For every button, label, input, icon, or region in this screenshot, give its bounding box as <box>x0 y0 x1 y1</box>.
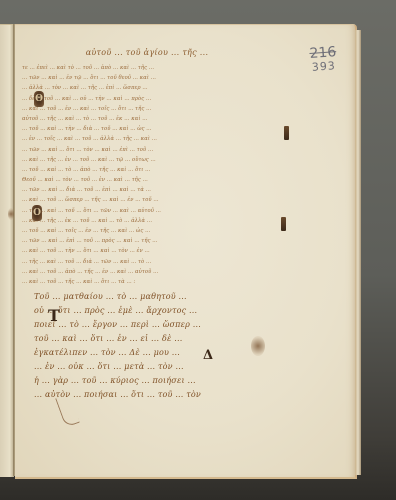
script-line: ἡ ... γὰρ ... τοῦ ... κύριος ... ποιήσει… <box>34 374 272 388</box>
ink-stain <box>8 208 14 220</box>
folio-number-current: 393 <box>310 59 338 74</box>
script-line: τοῦ ... καὶ ... ὅτι ... ἐν ... εἰ ... δὲ… <box>34 332 272 346</box>
script-line: ... καὶ ... τοῦ ... ἐν ... καὶ ... τοῖς … <box>22 104 272 114</box>
script-line: Θεοῦ ... καὶ ... τὸν ... τοῦ ... ἐν ... … <box>22 175 272 185</box>
script-line: ἐγκατέλιπεν ... τὸν ... Δὲ ... μου ... <box>34 346 272 360</box>
script-line: ... ἀλλὰ ... τὸν ... καὶ ... τῆς ... ἐπὶ… <box>22 83 272 93</box>
script-line: ... τοῦ ... καὶ ... τὸ ... ἀπὸ ... τῆς .… <box>22 165 272 175</box>
title-line: αὐτοῦ ... τοῦ ἁγίου ... τῆς ... <box>22 48 272 57</box>
folio-number: 216 393 <box>309 46 337 74</box>
script-line: ... τοῦ ... καὶ ... τοῖς ... ἐν ... τῆς … <box>22 226 272 236</box>
script-line: αὐτοῦ ... τῆς ... καὶ ... τὸ ... τοῦ ...… <box>22 114 272 124</box>
script-line: ... καὶ ... τοῦ ... τῆς ... καὶ ... ὅτι … <box>22 277 272 287</box>
small-script-block: τε ... ἐπεὶ ... καὶ τὸ ... τοῦ ... ἀπὸ .… <box>22 63 272 287</box>
facing-page-edge <box>0 24 14 477</box>
initial-delta: Δ <box>203 348 213 364</box>
script-line: ποιεῖ ... τὸ ... ἔργον ... περὶ ... ὥσπε… <box>34 318 272 332</box>
script-line: ... ἐν ... οὐκ ... ὅτι ... μετὰ ... τὸν … <box>34 360 272 374</box>
script-line: τε ... ἐπεὶ ... καὶ τὸ ... τοῦ ... ἀπὸ .… <box>22 63 272 73</box>
script-line: ... τῶν ... καὶ ... ὅτι ... τὸν ... καὶ … <box>22 145 272 155</box>
script-line: οὐ ... ὅτι ... πρὸς ... ἐμὲ ... ἄρχοντος… <box>34 304 272 318</box>
margin-mark-icon <box>284 126 289 140</box>
script-line: ... ἐν ... τοῖς ... καὶ ... τοῦ ... ἀλλὰ… <box>22 134 272 144</box>
script-line: ... δὲ ... τοῦ ... καὶ ... οὐ ... τὴν ..… <box>22 94 272 104</box>
margin-mark-icon <box>281 217 286 231</box>
script-line: ... τὴν ... καὶ ... τοῦ ... ὅτι ... τῶν … <box>22 206 272 216</box>
script-line: ... τοῦ ... καὶ ... τὴν ... διὰ ... τοῦ … <box>22 124 272 134</box>
script-line: Τοῦ ... ματθαίου ... τὸ ... μαθητοῦ ... <box>34 290 272 304</box>
text-column: αὐτοῦ ... τοῦ ἁγίου ... τῆς ... τε ... ἐ… <box>22 48 272 402</box>
script-line: ... καὶ ... τῆς ... ἐν ... τοῦ ... καὶ .… <box>22 155 272 165</box>
script-line: ... τῶν ... καὶ ... ἐν τῷ ... ὅτι ... το… <box>22 73 272 83</box>
illuminated-initial-omicron: Ο <box>32 205 42 221</box>
ink-stain <box>251 336 265 356</box>
script-line: ... καὶ ... τοῦ ... ἀπὸ ... τῆς ... ἐν .… <box>22 267 272 277</box>
script-line: ... καὶ ... τοῦ ... ὥσπερ ... τῆς ... κα… <box>22 195 272 205</box>
script-line: ... τῶν ... καὶ ... ἐπὶ ... τοῦ ... πρὸς… <box>22 236 272 246</box>
initial-tau: Τ <box>48 308 60 324</box>
script-line: ... καὶ ... τοῦ ... τὴν ... ὅτι ... καὶ … <box>22 246 272 256</box>
illuminated-initial-theta: Θ <box>34 91 44 107</box>
script-line: ... καὶ ... τῆς ... ἐκ ... τοῦ ... καὶ .… <box>22 216 272 226</box>
script-line: ... τῶν ... καὶ ... διὰ ... τοῦ ... ἐπὶ … <box>22 185 272 195</box>
script-line: ... τῆς ... καὶ ... τοῦ ... διὰ ... τῶν … <box>22 257 272 267</box>
page-edge <box>355 30 361 475</box>
